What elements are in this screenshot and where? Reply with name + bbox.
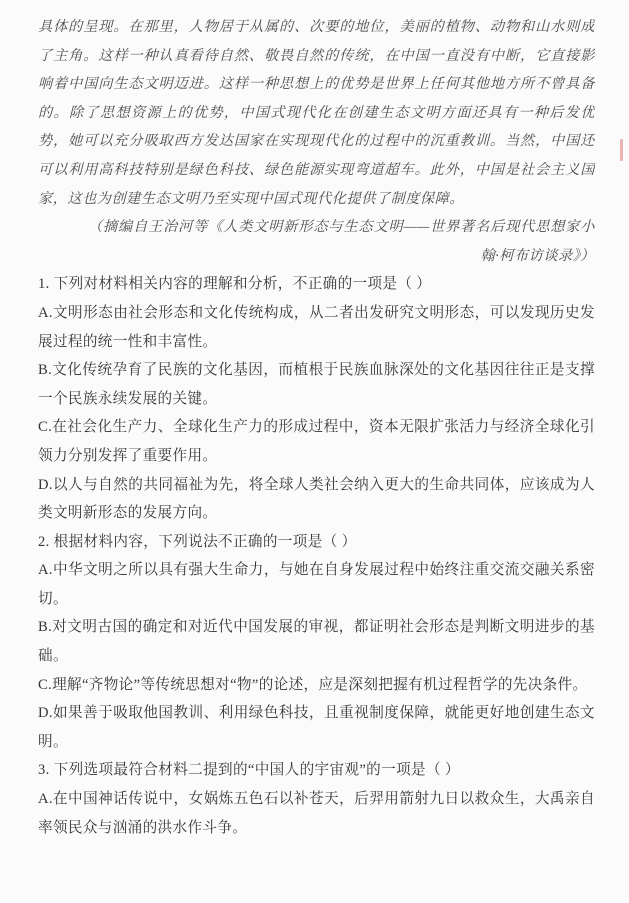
question-stem: 3. 下列选项最符合材料二提到的“中国人的宇宙观”的一项是（ ） — [38, 756, 595, 785]
passage-line: 具体的呈现。在那里，人物居于从属的、次要的地位，美丽的植物、动物和山水则成 — [38, 13, 595, 42]
option-line: B.对文明古国的确定和对近代中国发展的审视，都证明社会形态是判断文明进步的基 — [38, 613, 595, 642]
option-line: C.理解“齐物论”等传统思想对“物”的论述，应是深刻把握有机过程哲学的先决条件。 — [38, 671, 595, 700]
option-line: A.文明形态由社会形态和文化传统构成，从二者出发研究文明形态，可以发现历史发 — [38, 299, 595, 328]
passage-line: 了主角。这样一种认真看待自然、敬畏自然的传统，在中国一直没有中断，它直接影 — [38, 42, 595, 71]
option-line: 率领民众与汹涌的洪水作斗争。 — [38, 814, 595, 843]
passage-line: 家，这也为创建生态文明乃至实现中国式现代化提供了制度保障。 — [38, 185, 595, 214]
option-line: C.在社会化生产力、全球化生产力的形成过程中，资本无限扩张活力与经济全球化引 — [38, 413, 595, 442]
option-line: 展过程的统一性和丰富性。 — [38, 328, 595, 357]
option-line: B.文化传统孕育了民族的文化基因，而植根于民族血脉深处的文化基因往往正是支撑 — [38, 356, 595, 385]
option-line: 类文明新形态的发展方向。 — [38, 499, 595, 528]
citation-line: 翰·柯布访谈录》） — [38, 242, 595, 271]
option-line: 切。 — [38, 585, 595, 614]
passage-line: 可以利用高科技特别是绿色科技、绿色能源实现弯道超车。此外，中国是社会主义国 — [38, 156, 595, 185]
option-line: 明。 — [38, 728, 595, 757]
option-line: 础。 — [38, 642, 595, 671]
passage-line: 的。除了思想资源上的优势，中国式现代化在创建生态文明方面还具有一种后发优 — [38, 99, 595, 128]
option-line: 一个民族永续发展的关键。 — [38, 385, 595, 414]
passage-line: 响着中国向生态文明迈进。这样一种思想上的优势是世界上任何其他地方所不曾具备 — [38, 70, 595, 99]
option-line: 领力分别发挥了重要作用。 — [38, 442, 595, 471]
document-body: 具体的呈现。在那里，人物居于从属的、次要的地位，美丽的植物、动物和山水则成了主角… — [38, 13, 595, 842]
option-line: A.在中国神话传说中，女娲炼五色石以补苍天，后羿用箭射九日以救众生，大禹亲自 — [38, 785, 595, 814]
citation-line: （摘编自王治河等《人类文明新形态与生态文明——世界著名后现代思想家小约 — [38, 213, 595, 242]
question-stem: 1. 下列对材料相关内容的理解和分析，不正确的一项是（ ） — [38, 270, 595, 299]
option-line: A.中华文明之所以具有强大生命力，与她在自身发展过程中始终注重交流交融关系密 — [38, 556, 595, 585]
option-line: D.以人与自然的共同福祉为先，将全球人类社会纳入更大的生命共同体，应该成为人 — [38, 471, 595, 500]
passage-line: 势，她可以充分吸取西方发达国家在实现现代化的过程中的沉重教训。当然，中国还 — [38, 127, 595, 156]
option-line: D.如果善于吸取他国教训、利用绿色科技，且重视制度保障，就能更好地创建生态文 — [38, 699, 595, 728]
red-margin-mark — [620, 139, 623, 161]
question-stem: 2. 根据材料内容，下列说法不正确的一项是（ ） — [38, 528, 595, 557]
